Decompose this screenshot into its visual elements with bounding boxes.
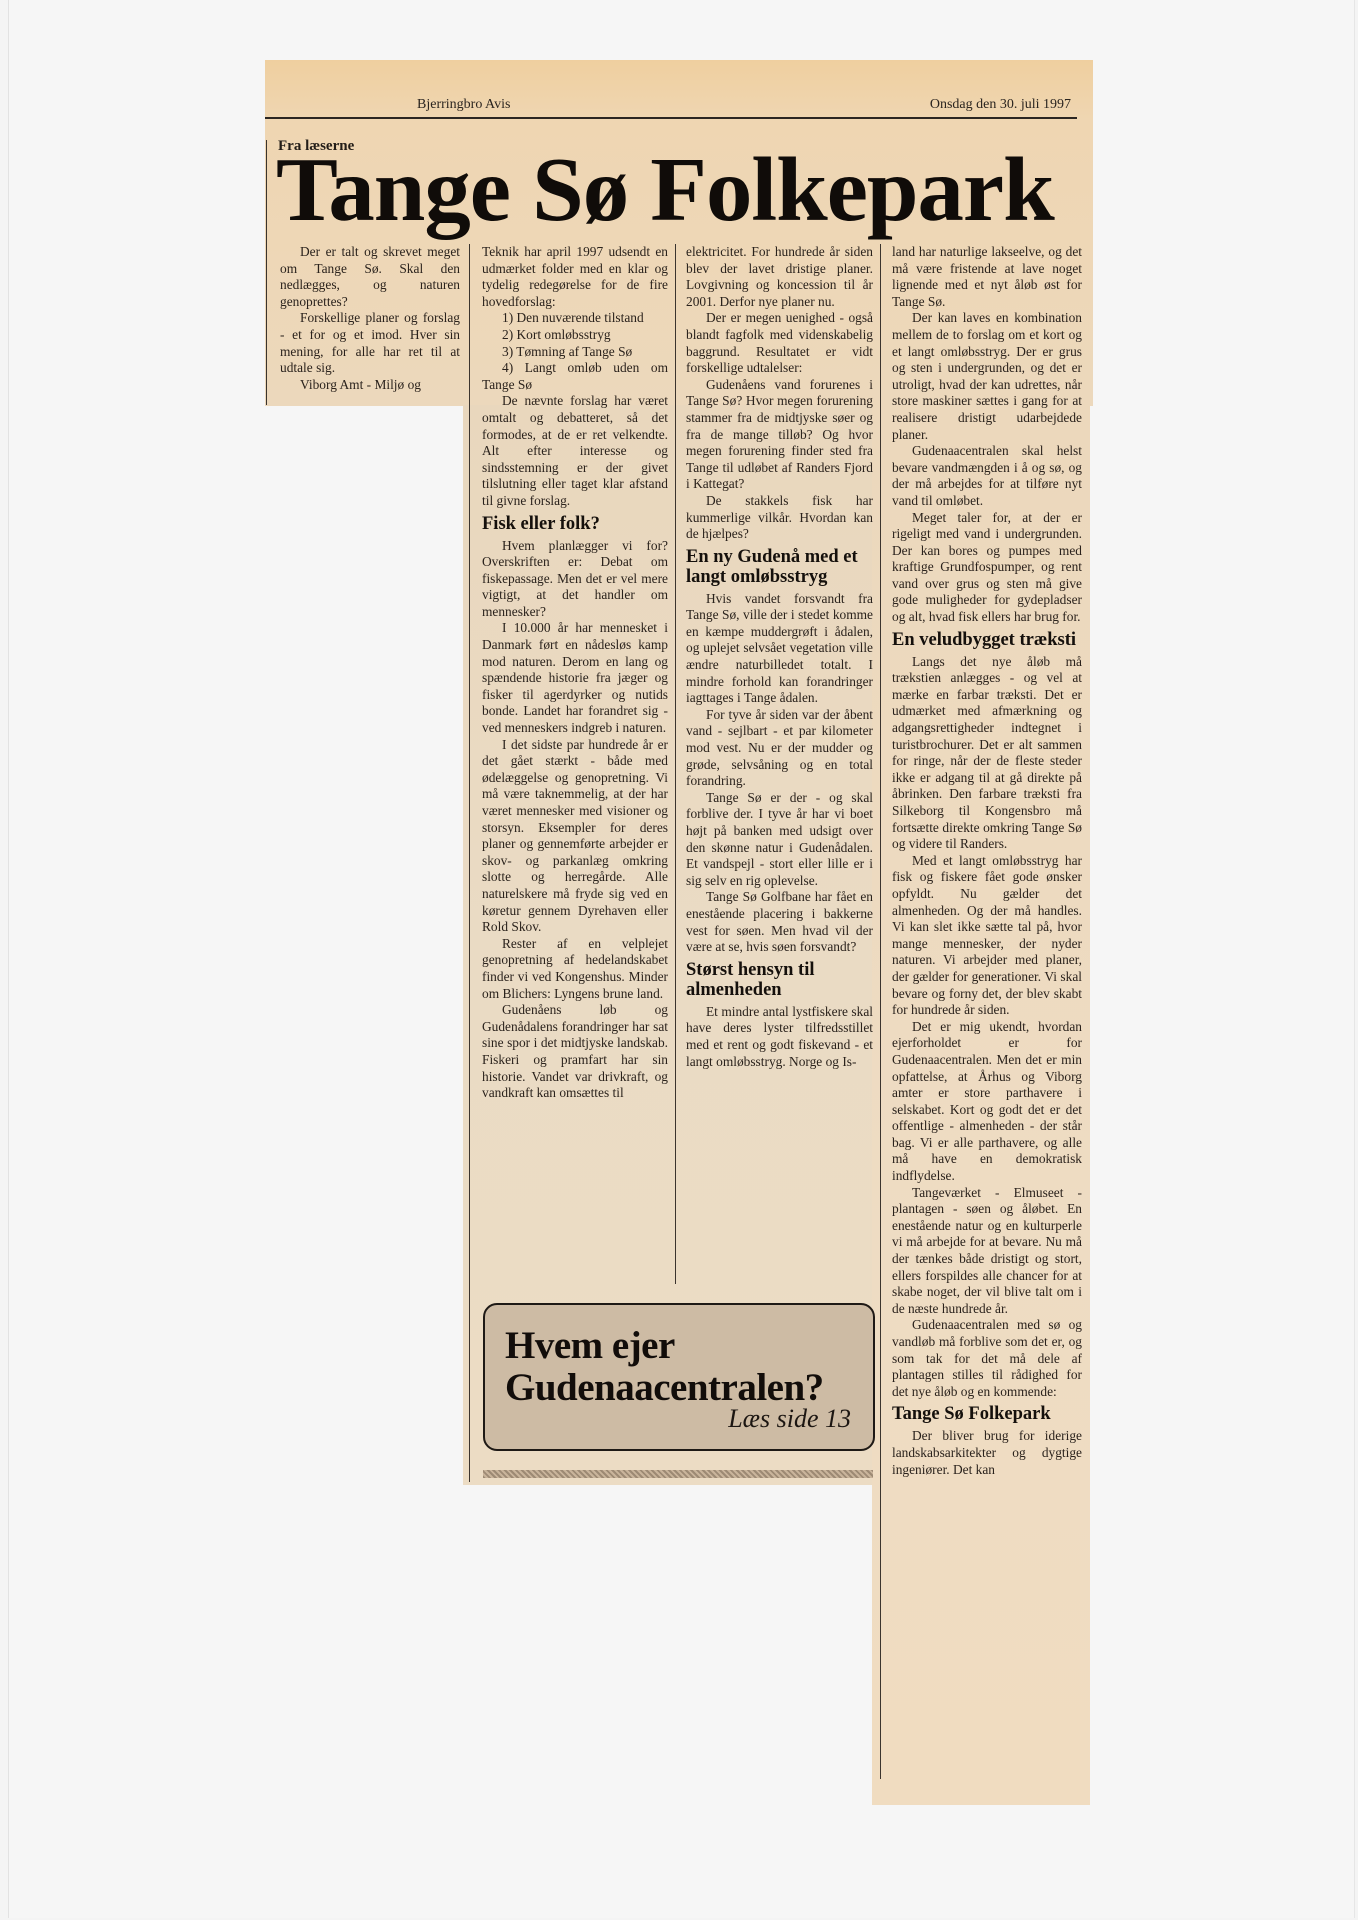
issue-date: Onsdag den 30. juli 1997 — [930, 97, 1071, 113]
column-rule — [675, 244, 676, 1284]
paragraph: Gudenaacentralen med sø og vandløb må fo… — [892, 1317, 1082, 1400]
subheading: Størst hensyn til almenheden — [686, 960, 873, 1000]
paragraph: 1) Den nuværende tilstand — [482, 310, 668, 327]
paragraph: I 10.000 år har mennesket i Danmark ført… — [482, 620, 668, 736]
paragraph: Der er megen uenighed - også blandt fagf… — [686, 310, 873, 376]
teaser-title-line-2: Gudenaacentralen? — [505, 1367, 824, 1409]
paragraph: Det er mig ukendt, hvordan ejerforholdet… — [892, 1019, 1082, 1185]
paragraph: For tyve år siden var der åbent vand - s… — [686, 707, 873, 790]
hatched-divider — [483, 1470, 873, 1478]
subheading: Tange Sø Folkepark — [892, 1404, 1082, 1424]
paragraph: Der er talt og skrevet meget om Tange Sø… — [280, 244, 460, 310]
teaser-title: Hvem ejer Gudenaacentralen? — [505, 1325, 824, 1409]
paragraph: elektricitet. For hundrede år siden blev… — [686, 244, 873, 310]
paragraph: land har naturlige lakseelve, og det må … — [892, 244, 1082, 310]
paragraph: 2) Kort omløbsstryg — [482, 327, 668, 344]
paragraph: Der kan laves en kombination mellem de t… — [892, 310, 1082, 443]
paragraph: Tange Sø er der - og skal forblive der. … — [686, 790, 873, 890]
paragraph: Rester af en velplejet genopretning af h… — [482, 936, 668, 1002]
paragraph: Viborg Amt - Miljø og — [280, 377, 460, 394]
paragraph: Forskellige planer og forslag - et for o… — [280, 310, 460, 376]
subheading: En ny Gudenå med et langt omløbsstryg — [686, 547, 873, 587]
paragraph: 3) Tømning af Tange Sø — [482, 344, 668, 361]
paragraph: 4) Langt omløb uden om Tange Sø — [482, 360, 668, 393]
article-column-3: elektricitet. For hundrede år siden blev… — [686, 244, 873, 1070]
section-rule — [266, 140, 267, 405]
column-rule — [469, 244, 470, 1482]
paragraph: Der bliver brug for iderige landskabsark… — [892, 1428, 1082, 1478]
article-headline: Tange Sø Folkepark — [276, 140, 1054, 240]
article-column-4: land har naturlige lakseelve, og det må … — [892, 244, 1082, 1478]
column-rule — [880, 244, 881, 1779]
paragraph: Langs det nye åløb må trækstien anlægges… — [892, 654, 1082, 853]
paragraph: Gudenaacentralen skal helst bevare vandm… — [892, 443, 1082, 509]
paragraph: Tange Sø Golfbane har fået en enestående… — [686, 889, 873, 955]
subheading: En veludbygget træksti — [892, 630, 1082, 650]
paragraph: Et mindre antal lystfiskere skal have de… — [686, 1004, 873, 1070]
masthead-rule — [265, 117, 1077, 119]
paragraph: Hvem planlægger vi for? Overskriften er:… — [482, 538, 668, 621]
paragraph: Teknik har april 1997 udsendt en udmærke… — [482, 244, 668, 310]
newspaper-name: Bjerringbro Avis — [417, 97, 510, 113]
paragraph: Hvis vandet forsvandt fra Tange Sø, vill… — [686, 591, 873, 707]
subheading: Fisk eller folk? — [482, 514, 668, 534]
paragraph: Gudenåens vand forurenes i Tange Sø? Hvo… — [686, 377, 873, 493]
paragraph: De nævnte forslag har været omtalt og de… — [482, 393, 668, 509]
masthead: Bjerringbro Avis Onsdag den 30. juli 199… — [265, 93, 1093, 117]
teaser-box[interactable]: Hvem ejer Gudenaacentralen? Læs side 13 — [483, 1303, 875, 1451]
paragraph: Tangeværket - Elmuseet - plantagen - søe… — [892, 1185, 1082, 1318]
teaser-title-line-1: Hvem ejer — [505, 1325, 824, 1367]
article-column-1: Der er talt og skrevet meget om Tange Sø… — [280, 244, 460, 393]
paragraph: Meget taler for, at der er rigeligt med … — [892, 510, 1082, 626]
paragraph: De stakkels fisk har kummerlige vilkår. … — [686, 493, 873, 543]
article-column-2: Teknik har april 1997 udsendt en udmærke… — [482, 244, 668, 1102]
paragraph: I det sidste par hundrede år er det gået… — [482, 737, 668, 936]
paragraph: Med et langt omløbsstryg har fisk og fis… — [892, 853, 1082, 1019]
paragraph: Gudenåens løb og Gudenådalens forandring… — [482, 1002, 668, 1102]
teaser-page-reference[interactable]: Læs side 13 — [728, 1404, 851, 1434]
